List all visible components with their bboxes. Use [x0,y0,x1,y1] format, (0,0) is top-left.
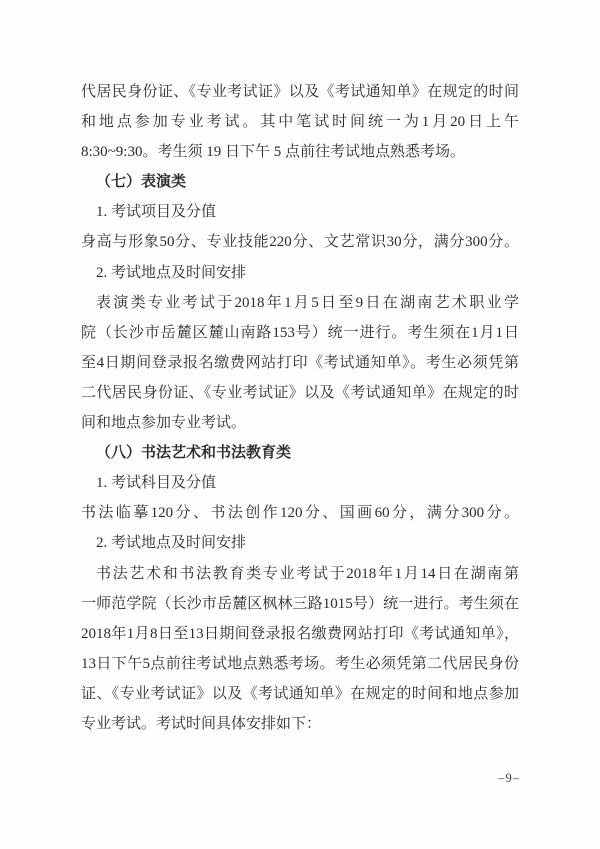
text-line: 13日下午5点前往考试地点熟悉考场。考生必须凭第二代居民身份 [81,649,519,679]
text-line: 2018年1月8日至13日期间登录报名缴费网站打印《考试通知单》， [81,619,519,649]
section-heading-performance: （七）表演类 [81,167,519,197]
text-line: 身高与形象50分、专业技能220分、文艺常识30分，满分300分。 [81,227,519,257]
section-heading-calligraphy: （八）书法艺术和书法教育类 [81,438,519,468]
text-line: 至4日期间登录报名缴费网站打印《考试通知单》。考生必须凭第 [81,348,519,378]
text-line: 一师范学院（长沙市岳麓区枫林三路1015号）统一进行。考生须在 [81,589,519,619]
text-line: 书法临摹120分、书法创作120分、国画60分，满分300分。 [81,498,519,528]
numbered-item: 1. 考试科目及分值 [81,468,519,498]
text-line: 和地点参加专业考试。其中笔试时间统一为1月20日上午 [81,107,519,137]
numbered-item: 2. 考试地点及时间安排 [81,528,519,558]
document-page: 代居民身份证、《专业考试证》以及《考试通知单》在规定的时间 和地点参加专业考试。… [0,0,600,849]
text-line: 表演类专业考试于2018年1月5日至9日在湖南艺术职业学 [81,288,519,318]
page-number: –9– [498,769,520,787]
text-line: 代居民身份证、《专业考试证》以及《考试通知单》在规定的时间 [81,77,519,107]
text-line: 书法艺术和书法教育类专业考试于2018年1月14日在湖南第 [81,559,519,589]
document-body: 代居民身份证、《专业考试证》以及《考试通知单》在规定的时间 和地点参加专业考试。… [81,77,519,739]
text-line: 8:30~9:30。考生须 19 日下午 5 点前往考试地点熟悉考场。 [81,137,519,167]
text-line: 间和地点参加专业考试。 [81,408,519,438]
text-line: 证、《专业考试证》以及《考试通知单》在规定的时间和地点参加 [81,679,519,709]
text-line: 专业考试。考试时间具体安排如下： [81,709,519,739]
text-line: 二代居民身份证、《专业考试证》以及《考试通知单》在规定的时 [81,378,519,408]
text-line: 院（长沙市岳麓区麓山南路153号）统一进行。考生须在1月1日 [81,318,519,348]
numbered-item: 1. 考试项目及分值 [81,197,519,227]
numbered-item: 2. 考试地点及时间安排 [81,258,519,288]
